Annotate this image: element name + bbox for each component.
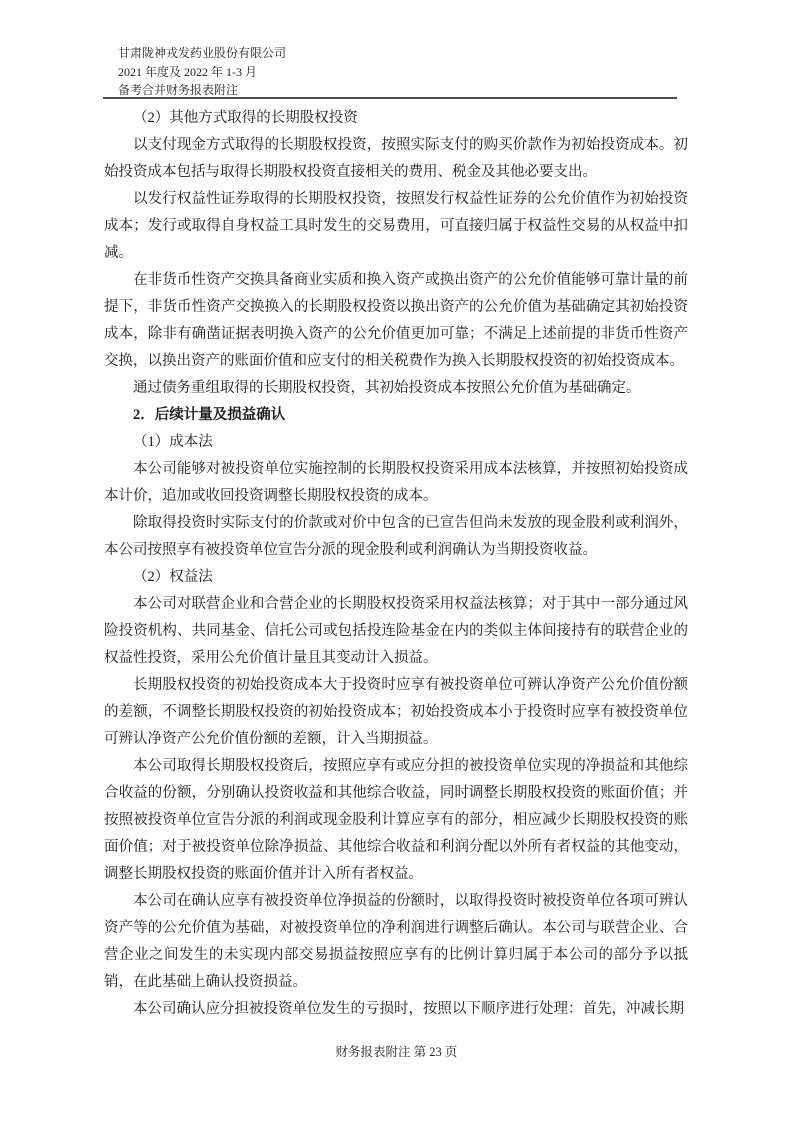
section-heading: 2．后续计量及损益确认: [104, 402, 688, 429]
page-footer: 财务报表附注 第 23 页: [0, 1042, 793, 1060]
paragraph: 以支付现金方式取得的长期股权投资，按照实际支付的购买价款作为初始投资成本。初始投…: [104, 132, 688, 186]
header-rule-divider: [103, 97, 677, 99]
header-company-name: 甘肃陇神戎发药业股份有限公司: [118, 44, 286, 63]
paragraph: （2）权益法: [104, 564, 688, 591]
paragraph: 长期股权投资的初始投资成本大于投资时应享有被投资单位可辨认净资产公允价值份额的差…: [104, 672, 688, 753]
paragraph: 本公司能够对被投资单位实施控制的长期股权投资采用成本法核算，并按照初始投资成本计…: [104, 456, 688, 510]
paragraph: 通过债务重组取得的长期股权投资，其初始投资成本按照公允价值为基础确定。: [104, 375, 688, 402]
header-report-period: 2021 年度及 2022 年 1-3 月: [118, 63, 286, 82]
document-body: （2）其他方式取得的长期股权投资以支付现金方式取得的长期股权投资，按照实际支付的…: [104, 105, 688, 1023]
paragraph: 本公司在确认应享有被投资单位净损益的份额时，以取得投资时被投资单位各项可辨认资产…: [104, 888, 688, 996]
paragraph: 除取得投资时实际支付的价款或对价中包含的已宣告但尚未发放的现金股利或利润外，本公…: [104, 510, 688, 564]
paragraph: （1）成本法: [104, 429, 688, 456]
paragraph: 本公司确认应分担被投资单位发生的亏损时，按照以下顺序进行处理：首先，冲减长期: [104, 996, 688, 1023]
paragraph: （2）其他方式取得的长期股权投资: [104, 105, 688, 132]
paragraph: 本公司取得长期股权投资后，按照应享有或应分担的被投资单位实现的净损益和其他综合收…: [104, 753, 688, 888]
paragraph: 以发行权益性证券取得的长期股权投资，按照发行权益性证券的公允价值作为初始投资成本…: [104, 186, 688, 267]
paragraph: 本公司对联营企业和合营企业的长期股权投资采用权益法核算；对于其中一部分通过风险投…: [104, 591, 688, 672]
paragraph: 在非货币性资产交换具备商业实质和换入资产或换出资产的公允价值能够可靠计量的前提下…: [104, 267, 688, 375]
document-page: 甘肃陇神戎发药业股份有限公司 2021 年度及 2022 年 1-3 月 备考合…: [0, 0, 793, 1122]
page-header: 甘肃陇神戎发药业股份有限公司 2021 年度及 2022 年 1-3 月 备考合…: [118, 44, 286, 100]
